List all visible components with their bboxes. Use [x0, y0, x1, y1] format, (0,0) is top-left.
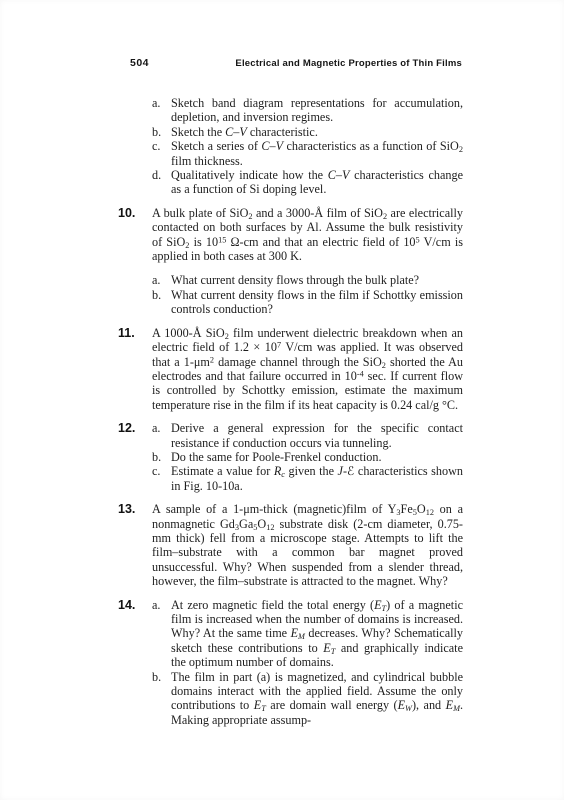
problem-subitems: a. Sketch band diagram representations f… — [152, 96, 463, 197]
subitem-label: a. — [152, 273, 171, 287]
problem-subitem: c. Sketch a series of C–V characteristic… — [152, 139, 463, 168]
problem-subitems: a. Derive a general expression for the s… — [152, 421, 463, 493]
subitem-label: a. — [152, 598, 171, 670]
subitem-text: What current density flows through the b… — [171, 273, 463, 287]
page-number: 504 — [130, 57, 149, 69]
problem: 14. a. At zero magnetic field the total … — [118, 598, 463, 728]
subitem-text: Derive a general expression for the spec… — [171, 421, 463, 450]
problem-number: 14. — [118, 598, 152, 728]
subitem-label: c. — [152, 464, 171, 493]
problem-subitem: b. The film in part (a) is magnetized, a… — [152, 670, 463, 728]
problem-subitems: a. At zero magnetic field the total ener… — [152, 598, 463, 728]
subitem-label: d. — [152, 168, 171, 197]
subitem-text: Sketch band diagram representations for … — [171, 96, 463, 125]
problem-number: 13. — [118, 502, 152, 588]
problem-subitem: a. Derive a general expression for the s… — [152, 421, 463, 450]
subitem-text: The film in part (a) is magnetized, and … — [171, 670, 463, 728]
problem-text: A sample of a 1-μm-thick (magnetic)film … — [152, 502, 463, 588]
problem-number — [118, 96, 152, 197]
problem: 12. a. Derive a general expression for t… — [118, 421, 463, 493]
problem-body: A bulk plate of SiO2 and a 3000-Å film o… — [152, 206, 463, 317]
subitem-text: At zero magnetic field the total energy … — [171, 598, 463, 670]
book-page: 504 Electrical and Magnetic Properties o… — [0, 0, 564, 800]
problem: a. Sketch band diagram representations f… — [118, 96, 463, 197]
problem-body: A 1000-Å SiO2 film underwent dielectric … — [152, 326, 463, 412]
problem: 13. A sample of a 1-μm-thick (magnetic)f… — [118, 502, 463, 588]
subitem-label: b. — [152, 125, 171, 139]
problem-subitem: a. What current density flows through th… — [152, 273, 463, 287]
problem-number: 10. — [118, 206, 152, 317]
problem-subitem: b. Sketch the C–V characteristic. — [152, 125, 463, 139]
problem-subitem: b. Do the same for Poole-Frenkel conduct… — [152, 450, 463, 464]
problem-subitem: c. Estimate a value for Rc given the J-ℰ… — [152, 464, 463, 493]
subitem-text: Sketch a series of C–V characteristics a… — [171, 139, 463, 168]
problem-body: A sample of a 1-μm-thick (magnetic)film … — [152, 502, 463, 588]
problem-text: A 1000-Å SiO2 film underwent dielectric … — [152, 326, 463, 412]
subitem-label: b. — [152, 288, 171, 317]
subitem-label: a. — [152, 96, 171, 125]
subitem-text: Qualitatively indicate how the C–V chara… — [171, 168, 463, 197]
subitem-text: Do the same for Poole-Frenkel conduction… — [171, 450, 463, 464]
problem-body: a. Sketch band diagram representations f… — [152, 96, 463, 197]
problem-subitem: b. What current density flows in the fil… — [152, 288, 463, 317]
subitem-label: a. — [152, 421, 171, 450]
problems-list: a. Sketch band diagram representations f… — [118, 96, 463, 736]
subitem-text: Sketch the C–V characteristic. — [171, 125, 463, 139]
subitem-text: What current density flows in the film i… — [171, 288, 463, 317]
problem-text: A bulk plate of SiO2 and a 3000-Å film o… — [152, 206, 463, 264]
subitem-label: b. — [152, 450, 171, 464]
subitem-text: Estimate a value for Rc given the J-ℰ ch… — [171, 464, 463, 493]
problem: 10. A bulk plate of SiO2 and a 3000-Å fi… — [118, 206, 463, 317]
problem-subitem: a. At zero magnetic field the total ener… — [152, 598, 463, 670]
problem-body: a. Derive a general expression for the s… — [152, 421, 463, 493]
problem-number: 11. — [118, 326, 152, 412]
problem-subitem: a. Sketch band diagram representations f… — [152, 96, 463, 125]
problem-body: a. At zero magnetic field the total ener… — [152, 598, 463, 728]
problem-subitem: d. Qualitatively indicate how the C–V ch… — [152, 168, 463, 197]
subitem-label: b. — [152, 670, 171, 728]
problem-subitems: a. What current density flows through th… — [152, 273, 463, 316]
page-header: 504 Electrical and Magnetic Properties o… — [130, 57, 462, 69]
problem: 11. A 1000-Å SiO2 film underwent dielect… — [118, 326, 463, 412]
problem-number: 12. — [118, 421, 152, 493]
running-title: Electrical and Magnetic Properties of Th… — [235, 58, 462, 69]
subitem-label: c. — [152, 139, 171, 168]
